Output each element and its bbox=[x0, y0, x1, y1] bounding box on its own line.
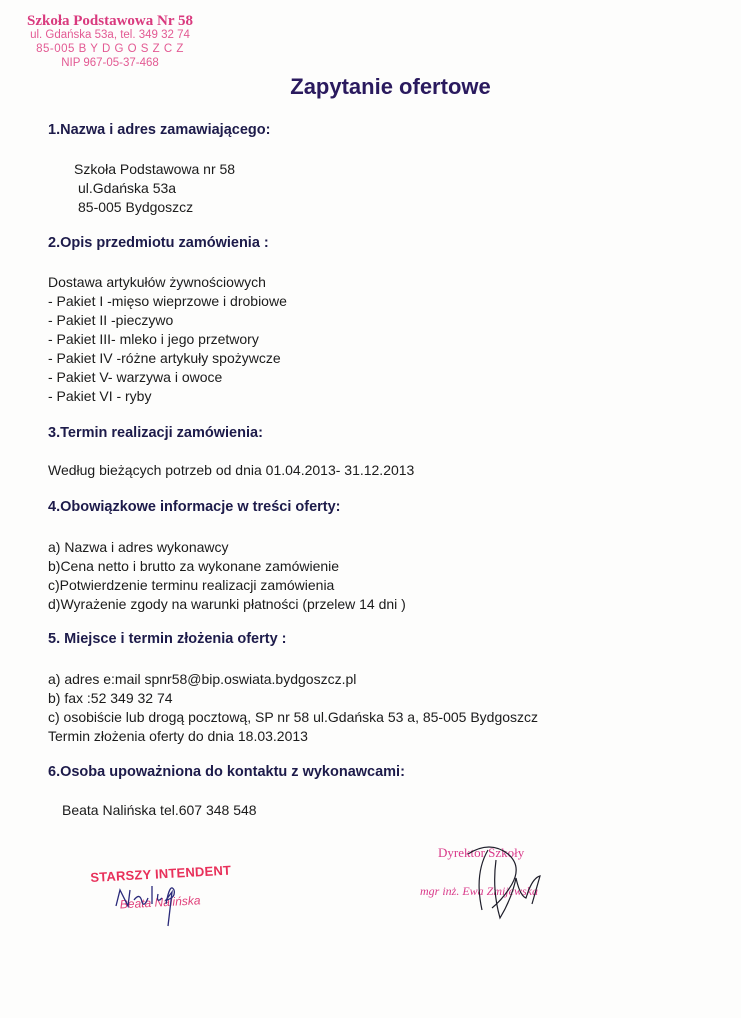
delivery-term: Według bieżących potrzeb od dnia 01.04.2… bbox=[48, 461, 414, 480]
document-title: Zapytanie ofertowe bbox=[290, 74, 490, 100]
required-info-item: c)Potwierdzenie terminu realizacji zamów… bbox=[48, 576, 334, 595]
section-1-heading: 1.Nazwa i adres zamawiającego: bbox=[48, 122, 270, 138]
order-subject-intro: Dostawa artykułów żywnościowych bbox=[48, 273, 266, 292]
submission-email: a) adres e:mail spnr58@bip.oswiata.bydgo… bbox=[48, 670, 356, 689]
stamp-nip: NIP 967-05-37-468 bbox=[0, 56, 220, 70]
required-info-item: d)Wyrażenie zgody na warunki płatności (… bbox=[48, 595, 406, 614]
section-6-heading: 6.Osoba upoważniona do kontaktu z wykona… bbox=[48, 764, 405, 780]
submission-fax: b) fax :52 349 32 74 bbox=[48, 689, 173, 708]
package-item: - Pakiet VI - ryby bbox=[48, 387, 151, 406]
contact-person: Beata Nalińska tel.607 348 548 bbox=[62, 801, 257, 820]
signature-left-role: STARSZY INTENDENT bbox=[90, 863, 231, 885]
section-4-heading: 4.Obowiązkowe informacje w treści oferty… bbox=[48, 499, 341, 515]
signature-right-name: mgr inż. Ewa Zmijewska bbox=[420, 884, 538, 899]
orderer-name: Szkoła Podstawowa nr 58 bbox=[74, 160, 235, 179]
required-info-item: b)Cena netto i brutto za wykonane zamówi… bbox=[48, 557, 339, 576]
stamp-address: ul. Gdańska 53a, tel. 349 32 74 bbox=[0, 28, 220, 42]
section-5-heading: 5. Miejsce i termin złożenia oferty : bbox=[48, 631, 287, 647]
school-stamp: Szkoła Podstawowa Nr 58 ul. Gdańska 53a,… bbox=[0, 14, 220, 70]
document-title-wrap: Zapytanie ofertowe bbox=[0, 74, 741, 100]
package-item: - Pakiet I -mięso wieprzowe i drobiowe bbox=[48, 292, 287, 311]
submission-post: c) osobiście lub drogą pocztową, SP nr 5… bbox=[48, 708, 538, 727]
section-2-heading: 2.Opis przedmiotu zamówienia : bbox=[48, 235, 269, 251]
signature-left: STARSZY INTENDENT Beata Nalińska bbox=[90, 863, 233, 913]
package-item: - Pakiet III- mleko i jego przetwory bbox=[48, 330, 259, 349]
section-3-heading: 3.Termin realizacji zamówienia: bbox=[48, 425, 263, 441]
package-item: - Pakiet V- warzywa i owoce bbox=[48, 368, 222, 387]
stamp-school-name: Szkoła Podstawowa Nr 58 bbox=[0, 14, 220, 28]
orderer-street: ul.Gdańska 53a bbox=[78, 179, 176, 198]
package-item: - Pakiet II -pieczywo bbox=[48, 311, 173, 330]
package-item: - Pakiet IV -różne artykuły spożywcze bbox=[48, 349, 281, 368]
signature-right-role: Dyrektor Szkoły bbox=[438, 845, 538, 861]
signature-left-name: Beata Nalińska bbox=[119, 892, 232, 912]
required-info-item: a) Nazwa i adres wykonawcy bbox=[48, 538, 229, 557]
submission-deadline: Termin złożenia oferty do dnia 18.03.201… bbox=[48, 727, 308, 746]
orderer-city: 85-005 Bydgoszcz bbox=[78, 198, 193, 217]
signature-right: Dyrektor Szkoły mgr inż. Ewa Zmijewska bbox=[420, 845, 538, 899]
stamp-city: 85-005 B Y D G O S Z C Z bbox=[0, 42, 220, 56]
